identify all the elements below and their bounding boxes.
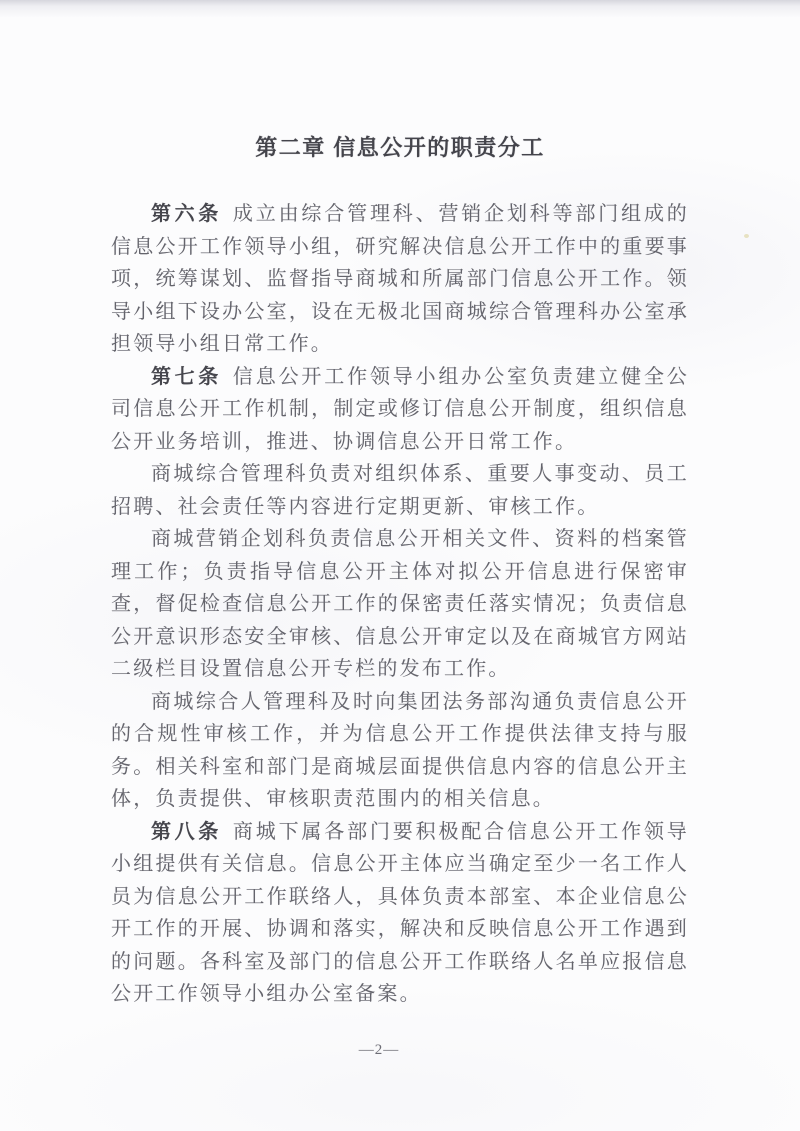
page-number: —2— bbox=[0, 1042, 758, 1059]
paragraph-article-7: 第七条信息公开工作领导小组办公室负责建立健全公司信息公开工作机制，制定或修订信息… bbox=[111, 361, 689, 459]
document-body: 第六条成立由综合管理科、营销企划科等部门组成的信息公开工作领导小组，研究解决信息… bbox=[111, 198, 689, 1011]
paragraph-general-management-text: 商城综合管理科负责对组织体系、重要人事变动、员工招聘、社会责任等内容进行定期更新… bbox=[111, 463, 689, 518]
paragraph-legal-compliance-text: 商城综合人管理科及时向集团法务部沟通负责信息公开的合规性审核工作，并为信息公开工… bbox=[111, 691, 689, 811]
article-6-label: 第六条 bbox=[151, 203, 222, 225]
scanned-document-page: 第二章 信息公开的职责分工 第六条成立由综合管理科、营销企划科等部门组成的信息公… bbox=[0, 0, 800, 1131]
article-8-text: 商城下属各部门要积极配合信息公开工作领导小组提供有关信息。信息公开主体应当确定至… bbox=[111, 821, 689, 1006]
paragraph-marketing-planning: 商城营销企划科负责信息公开相关文件、资料的档案管理工作；负责指导信息公开主体对拟… bbox=[111, 523, 689, 686]
paragraph-article-8: 第八条商城下属各部门要积极配合信息公开工作领导小组提供有关信息。信息公开主体应当… bbox=[111, 816, 689, 1011]
paragraph-legal-compliance: 商城综合人管理科及时向集团法务部沟通负责信息公开的合规性审核工作，并为信息公开工… bbox=[111, 686, 689, 816]
article-6-text: 成立由综合管理科、营销企划科等部门组成的信息公开工作领导小组，研究解决信息公开工… bbox=[111, 203, 689, 355]
article-8-label: 第八条 bbox=[151, 821, 222, 843]
paragraph-marketing-planning-text: 商城营销企划科负责信息公开相关文件、资料的档案管理工作；负责指导信息公开主体对拟… bbox=[111, 528, 689, 680]
chapter-heading: 第二章 信息公开的职责分工 bbox=[0, 0, 800, 162]
paragraph-article-6: 第六条成立由综合管理科、营销企划科等部门组成的信息公开工作领导小组，研究解决信息… bbox=[111, 198, 689, 361]
scan-speck-artifact bbox=[744, 234, 749, 238]
paragraph-general-management: 商城综合管理科负责对组织体系、重要人事变动、员工招聘、社会责任等内容进行定期更新… bbox=[111, 458, 689, 523]
article-7-label: 第七条 bbox=[151, 366, 222, 388]
